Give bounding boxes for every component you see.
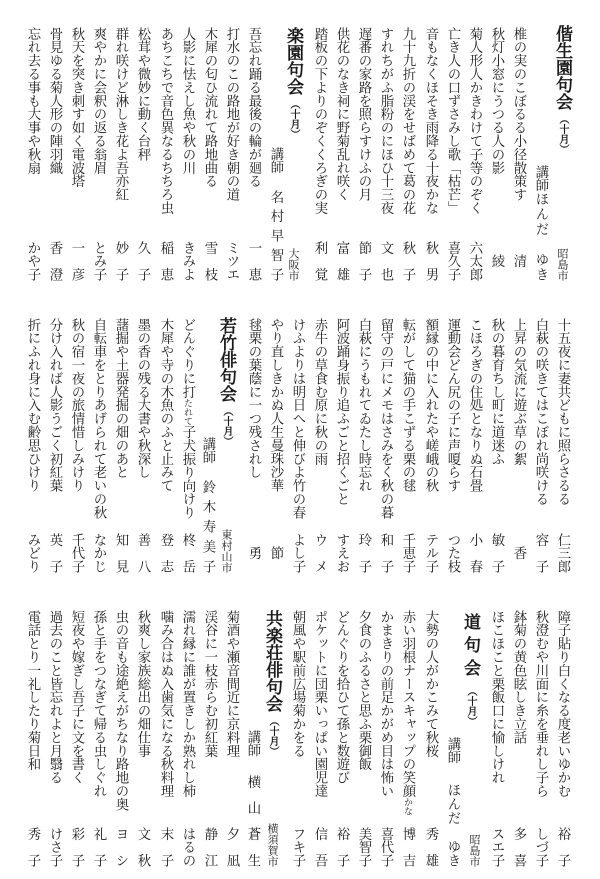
haiku-text: 爽やかに会釈の返る翁眉: [87, 27, 109, 174]
haiku-text: 十五夜に妻共どもに照らさるる: [551, 318, 573, 506]
haiku-column: 大勢の人がかこみて秋桜秀雄: [419, 610, 441, 867]
haiku-author: つた枝: [441, 533, 463, 573]
haiku-column: 夕食のふるさと思ふ栗御飯美智子: [352, 610, 374, 867]
haiku-text: 音もなくほそき雨降る十夜かな: [419, 27, 441, 215]
haiku-author: 登志: [154, 533, 176, 573]
haiku-column: 毬栗の葉蔭に一つ残されし勇: [242, 318, 264, 573]
haiku-author: 仁三郎: [551, 533, 573, 573]
haiku-column: 過去のこと皆忘れよと月翳るけさ子: [43, 610, 65, 867]
haiku-column: 自転車をとりあげられて老いの秋なかじ: [87, 318, 109, 573]
haiku-column: 孫と手をつなぎて帰る虫しぐれ礼子: [87, 610, 109, 867]
haiku-author: なかじ: [87, 533, 109, 573]
haiku-column: 折にふれ身に入む齢思ひけりみどり: [21, 318, 43, 573]
haiku-author: 勇: [242, 533, 264, 573]
haiku-text: 菊人形人かきわけて子等のぞく: [463, 27, 485, 215]
haiku-author: 香: [507, 533, 529, 573]
haiku-page: 偕生園句会（十月） 昭島市 講師 ほんだ ゆき 椎の実のこぼるる小径散策す清 秋…: [0, 0, 600, 879]
haiku-author: 末子: [154, 827, 176, 867]
haiku-column: 音もなくほそき雨降る十夜かな秋男: [419, 27, 441, 281]
haiku-text: 人影に怯えし魚や秋の川: [176, 27, 198, 174]
haiku-column: 赤い羽根ナースキャップの笑顔かな博吉: [396, 610, 418, 867]
haiku-author: 喜久子: [441, 241, 463, 281]
haiku-author: きみよ: [176, 241, 198, 281]
haiku-column: 留守の戸にメモはさみをく秋の暮和子: [374, 318, 396, 573]
haiku-column: 打水のこの路地が好き朝の道ミツエ: [220, 27, 242, 281]
haiku-column: 吾忘れ踊る最後の輪が廻る一恵: [242, 27, 264, 281]
haiku-text: 赤牛の草食む原に秋の雨: [308, 318, 330, 465]
haiku-text: 過去のこと皆忘れよと月翳る: [43, 610, 65, 784]
lecturer-name: 名村早智子: [264, 190, 286, 281]
haiku-text: 遅番の家路を照らすけふの月: [352, 27, 374, 201]
city-label: 東村山市: [215, 529, 237, 573]
lecturer-label: 講師: [441, 737, 463, 764]
haiku-column: 木犀の匂ひ流れて路地曲る雪枝: [198, 27, 220, 281]
haiku-author: よし子: [286, 533, 308, 573]
haiku-author: 柊岳: [176, 533, 198, 573]
haiku-text: 渓谷に一枝赤らむ初紅葉: [198, 610, 220, 757]
haiku-column: 墨の香の残る大書や秋深し善八: [131, 318, 153, 573]
haiku-author: 敏子: [485, 533, 507, 573]
haiku-author: 彩子: [65, 827, 87, 867]
haiku-author: とみ子: [87, 241, 109, 281]
club-name: 楽園句会: [283, 27, 303, 95]
lecturer-label: 講師: [264, 147, 286, 174]
haiku-text: 分け入れば人影うごく初紅葉: [43, 318, 65, 492]
haiku-author: 裕子: [551, 827, 573, 867]
haiku-column: 木犀や寺の木魚のふと止みて登志: [154, 318, 176, 573]
haiku-text: 木犀の匂ひ流れて路地曲る: [198, 27, 220, 188]
haiku-author: 綾: [485, 241, 507, 281]
haiku-text: 短夜や嫁ぎし吾子に文を書く: [65, 610, 87, 784]
lecturer-label: 講師: [241, 730, 263, 757]
haiku-text: 打水のこの路地が好き朝の道: [220, 27, 242, 201]
haiku-text: かまきりの前足かがめ目は怖い: [374, 610, 396, 798]
haiku-text: 忘れ去る事も大事や秋扇: [21, 27, 43, 174]
haiku-column: 濡れ縁に誰が置きしか熟れし柿はるの: [176, 610, 198, 867]
club-header: 偕生園句会（十月） 昭島市: [551, 27, 573, 281]
haiku-author: 稲恵: [154, 241, 176, 281]
haiku-text: 秋の宿一夜の旅情惜しみけり: [65, 318, 87, 492]
haiku-text: どんぐりを拾ひて孫と数遊び: [330, 610, 352, 784]
haiku-author: ウメ: [308, 533, 330, 573]
haiku-column: 白萩にうもれてゐたし時忘れ玲子: [352, 318, 374, 573]
haiku-column: 転がして猫の手こずる栗の毬千恵子: [396, 318, 418, 573]
haiku-author: 礼子: [87, 827, 109, 867]
haiku-text: 秋灯小窓にうつる人の影: [485, 27, 507, 174]
haiku-author: 博吉: [396, 827, 418, 867]
haiku-text: 墨の香の残る大書や秋深し: [131, 318, 153, 479]
haiku-column: こほろぎの住処となりぬ石畳小春: [463, 318, 485, 573]
haiku-column: どんぐりを拾ひて孫と数遊び裕子: [330, 610, 352, 867]
haiku-author: 裕子: [330, 827, 352, 867]
haiku-column: 分け入れば人影うごく初紅葉英子: [43, 318, 65, 573]
haiku-text: 踏板の下よりのぞくくろぎの実: [308, 27, 330, 215]
haiku-author: 千恵子: [396, 533, 418, 573]
haiku-text-main: 赤い羽根ナースキャップの笑顔: [400, 610, 415, 798]
haiku-text: 鉢菊の黄色眩しき立話: [507, 610, 529, 744]
haiku-column: 額縁の中に入れたや嵯峨の秋テル子: [419, 318, 441, 573]
haiku-author: 香澄: [43, 241, 65, 281]
lecturer-name: 鈴木寿美子: [196, 480, 218, 573]
haiku-author: かや子: [21, 241, 43, 281]
city-label: 横須賀市: [261, 823, 283, 867]
haiku-text: すれちがふ脂粉のにほひ十三夜: [374, 27, 396, 215]
haiku-author: 久子: [131, 241, 153, 281]
haiku-text: あちこちで音色異なるちちろ虫: [154, 27, 176, 215]
haiku-column: 秋澄むや川面に糸を垂れし子らしづ子: [529, 610, 551, 867]
haiku-text: 藷掘や土器発掘の畑のあと: [109, 318, 131, 479]
haiku-column: ほこほこと栗飯口に愉しけれスエ子: [485, 610, 507, 867]
haiku-column: 秋灯小窓にうつる人の影綾: [485, 27, 507, 281]
haiku-text: けふよりは明日へと伸びよ竹の春: [286, 318, 308, 519]
club-title: 偕生園句会（十月）: [551, 25, 573, 154]
haiku-author: 知見: [109, 533, 131, 573]
haiku-author: 玲子: [352, 533, 374, 573]
haiku-column: 人影に怯えし魚や秋の川きみよ: [176, 27, 198, 281]
haiku-text: 亡き人の口ずさみし歌「枯芒」: [441, 27, 463, 215]
haiku-text: 秋天を突き刺す如く電波塔: [65, 27, 87, 188]
haiku-author: テル子: [419, 533, 441, 573]
club-name: 共楽荘俳句会: [262, 610, 282, 712]
haiku-column: 菊酒や瀬音間近に京料理夕凪: [220, 610, 242, 867]
haiku-author: 一彦: [65, 241, 87, 281]
haiku-author: 一恵: [242, 241, 264, 281]
haiku-text: 秋の暮育ちし町に道迷ふ: [485, 318, 507, 465]
haiku-author: 千代子: [65, 533, 87, 573]
haiku-text: 供花のなき祠に野菊乱れ咲く: [330, 27, 352, 201]
haiku-text: 折にふれ身に入む齢思ひけり: [21, 318, 43, 492]
haiku-author: 小春: [463, 533, 485, 573]
haiku-column: 菊人形人かきわけて子等のぞく六太郎: [463, 27, 485, 281]
haiku-column: 上昇の気流に遊ぶ草の絮香: [507, 318, 529, 573]
lecturer-name: ほんだ ゆき: [529, 192, 551, 281]
haiku-column: 噛み合はぬ入歯気になる秋料理末子: [154, 610, 176, 867]
haiku-column: 朝風や駅前広場菊かをるフキ子: [286, 610, 308, 867]
haiku-text: 運動会どん尻の子に声嗄らす: [441, 318, 463, 492]
haiku-text: 噛み合はぬ入歯気になる秋料理: [154, 610, 176, 798]
haiku-author: 美智子: [352, 827, 374, 867]
haiku-text: 夕食のふるさと思ふ栗御飯: [352, 610, 374, 771]
haiku-text-small: たれて: [182, 398, 192, 425]
lecturer-label: 講師: [529, 165, 551, 192]
lecturer-line: 講師 ほんだ ゆき: [529, 27, 551, 281]
haiku-column: 椎の実のこぼるる小径散策す清: [507, 27, 529, 281]
haiku-column: 渓谷に一枝赤らむ初紅葉静江: [198, 610, 220, 867]
haiku-text: 白萩の咲きてはこぼれ尚咲ける: [529, 318, 551, 506]
haiku-text: 椎の実のこぼるる小径散策す: [507, 27, 529, 201]
haiku-column: 障子貼り白くなる度老いゆかむ裕子: [551, 610, 573, 867]
lecturer-line: 講師 鈴木寿美子: [196, 318, 218, 573]
haiku-text: 濡れ縁に誰が置きしか熟れし柿: [176, 610, 198, 798]
haiku-author: 雪枝: [198, 241, 220, 281]
haiku-text-main: どんぐりに打: [180, 318, 195, 398]
haiku-author: 秋子: [396, 241, 418, 281]
haiku-author: 和子: [374, 533, 396, 573]
haiku-author: 多喜: [507, 827, 529, 867]
haiku-text: 転がして猫の手こずる栗の毬: [396, 318, 418, 492]
club-month: （十月）: [221, 406, 232, 446]
lecturer-line: 講師 横山蒼生: [241, 610, 263, 867]
haiku-author: 秋男: [419, 241, 441, 281]
haiku-column: 踏板の下よりのぞくくろぎの実利覚: [308, 27, 330, 281]
haiku-author: 容子: [529, 533, 551, 573]
haiku-column: 松茸や微妙に動く台秤久子: [131, 27, 153, 281]
haiku-column: 運動会どん尻の子に声嗄らすつた枝: [441, 318, 463, 573]
haiku-text: やり直しきかぬ人生曼珠沙華: [264, 318, 286, 492]
haiku-text-rest: 子犬振り向けり: [180, 425, 195, 519]
haiku-text: ほこほこと栗飯口に愉しけれ: [485, 610, 507, 784]
haiku-text: ポケットに団栗いっぱい園児達: [308, 610, 330, 798]
club-name: 偕生園句会: [552, 25, 572, 110]
lecturer-name: 横山蒼生: [241, 775, 263, 867]
haiku-author: 夕凪: [220, 827, 242, 867]
haiku-column: 九十九折の渓をせばめて葛の花秋子: [396, 27, 418, 281]
city-label: 昭島市: [463, 834, 485, 867]
club-month: （十月）: [465, 686, 476, 726]
haiku-text: 菊酒や瀬音間近に京料理: [220, 610, 242, 757]
haiku-author: 節: [264, 533, 286, 573]
haiku-author: ヨシ: [109, 827, 131, 867]
club-month: （十月）: [267, 716, 278, 756]
haiku-author: みどり: [21, 533, 43, 573]
lecturer-name: ほんだ ゆき: [441, 783, 463, 867]
haiku-text: 自転車をとりあげられて老いの秋: [87, 318, 109, 519]
haiku-text: 群れ咲けど淋しき花よ吾亦紅: [109, 27, 131, 201]
haiku-text: 木犀や寺の木魚のふと止みて: [154, 318, 176, 492]
haiku-author: 善八: [131, 533, 153, 573]
haiku-column: かまきりの前足かがめ目は怖い喜代子: [374, 610, 396, 867]
haiku-text: 吾忘れ踊る最後の輪が廻る: [242, 27, 264, 188]
haiku-column: 爽やかに会釈の返る翁眉とみ子: [87, 27, 109, 281]
haiku-text: 虫の音も途絶えがちなり路地の奥: [109, 610, 131, 811]
haiku-author: 信吾: [308, 827, 330, 867]
haiku-text: 赤い羽根ナースキャップの笑顔かな: [396, 610, 418, 816]
haiku-text: 留守の戸にメモはさみをく秋の暮: [374, 318, 396, 519]
haiku-author: ミツエ: [220, 241, 242, 281]
haiku-text-small: かな: [402, 798, 412, 816]
club-header: 若竹俳句会（十月） 東村山市: [215, 318, 237, 573]
club-title: 若竹俳句会（十月）: [215, 317, 237, 446]
lecturer-line: 講師 名村早智子: [264, 27, 286, 281]
haiku-text: 障子貼り白くなる度老いゆかむ: [551, 610, 573, 798]
haiku-column: 短夜や嫁ぎし吾子に文を書く彩子: [65, 610, 87, 867]
haiku-author: 清: [507, 241, 529, 281]
haiku-author: 秀子: [21, 827, 43, 867]
club-month: （十月）: [557, 114, 568, 154]
haiku-text: 上昇の気流に遊ぶ草の絮: [507, 318, 529, 465]
haiku-column: 鉢菊の黄色眩しき立話多喜: [507, 610, 529, 867]
haiku-author: 喜代子: [374, 827, 396, 867]
haiku-column: すれちがふ脂粉のにほひ十三夜文也: [374, 27, 396, 281]
club-month: （十月）: [288, 99, 299, 139]
haiku-column: 十五夜に妻共どもに照らさるる仁三郎: [551, 318, 573, 573]
haiku-author: けさ子: [43, 827, 65, 867]
haiku-column: 忘れ去る事も大事や秋扇かや子: [21, 27, 43, 281]
haiku-text: 額縁の中に入れたや嵯峨の秋: [419, 318, 441, 492]
haiku-text: 秋爽し家族総出の畑仕事: [131, 610, 153, 757]
lecturer-label: 講師: [196, 437, 218, 464]
haiku-author: 文秋: [131, 827, 153, 867]
haiku-column: 秋爽し家族総出の畑仕事文秋: [131, 610, 153, 867]
haiku-text: 秋澄むや川面に糸を垂れし子ら: [529, 610, 551, 798]
haiku-text: 大勢の人がかこみて秋桜: [419, 610, 441, 757]
haiku-author: すえお: [330, 533, 352, 573]
haiku-column: ポケットに団栗いっぱい園児達信吾: [308, 610, 330, 867]
haiku-column: どんぐりに打たれて子犬振り向けり柊岳: [176, 318, 198, 573]
haiku-text: どんぐりに打たれて子犬振り向けり: [176, 318, 198, 519]
haiku-text: 孫と手をつなぎて帰る虫しぐれ: [87, 610, 109, 798]
haiku-text: 阿波踊身振り追ふごと招くごと: [330, 318, 352, 506]
haiku-column: 白萩の咲きてはこぼれ尚咲ける容子: [529, 318, 551, 573]
haiku-column: 秋の宿一夜の旅情惜しみけり千代子: [65, 318, 87, 573]
haiku-author: 英子: [43, 533, 65, 573]
haiku-author: 静江: [198, 827, 220, 867]
haiku-column: 群れ咲けど淋しき花よ吾亦紅妙子: [109, 27, 131, 281]
haiku-text: 朝風や駅前広場菊かをる: [286, 610, 308, 757]
haiku-column: 骨見ゆる菊人形の陣羽織香澄: [43, 27, 65, 281]
haiku-column: けふよりは明日へと伸びよ竹の春よし子: [286, 318, 308, 573]
haiku-column: 遅番の家路を照らすけふの月節子: [352, 27, 374, 281]
haiku-column: 供花のなき祠に野菊乱れ咲く富雄: [330, 27, 352, 281]
haiku-author: フキ子: [286, 827, 308, 867]
club-title: 共楽荘俳句会（十月）: [261, 610, 283, 756]
haiku-column: 電話とり一礼したり菊日和秀子: [21, 610, 43, 867]
haiku-text: 骨見ゆる菊人形の陣羽織: [43, 27, 65, 174]
haiku-column: やり直しきかぬ人生曼珠沙華節: [264, 318, 286, 573]
haiku-text: こほろぎの住処となりぬ石畳: [463, 318, 485, 492]
haiku-author: 利覚: [308, 241, 330, 281]
haiku-author: スエ子: [485, 827, 507, 867]
club-header: 共楽荘俳句会（十月） 横須賀市: [261, 610, 283, 867]
haiku-author: 六太郎: [463, 241, 485, 281]
haiku-text: 電話とり一礼したり菊日和: [21, 610, 43, 771]
haiku-author: 秀雄: [419, 827, 441, 867]
haiku-column: 赤牛の草食む原に秋の雨ウメ: [308, 318, 330, 573]
haiku-column: 秋の暮育ちし町に道迷ふ敏子: [485, 318, 507, 573]
haiku-author: 文也: [374, 241, 396, 281]
club-name: 若竹俳句会: [216, 317, 236, 402]
haiku-author: はるの: [176, 827, 198, 867]
city-label: 昭島市: [551, 248, 573, 281]
haiku-author: 節子: [352, 241, 374, 281]
haiku-author: 富雄: [330, 241, 352, 281]
haiku-column: あちこちで音色異なるちちろ虫稲恵: [154, 27, 176, 281]
club-name: 道句会: [460, 613, 480, 682]
haiku-text: 九十九折の渓をせばめて葛の花: [396, 27, 418, 215]
haiku-text: 松茸や微妙に動く台秤: [131, 27, 153, 161]
haiku-author: 妙子: [109, 241, 131, 281]
haiku-text: 白萩にうもれてゐたし時忘れ: [352, 318, 374, 492]
haiku-column: 亡き人の口ずさみし歌「枯芒」喜久子: [441, 27, 463, 281]
haiku-column: 虫の音も途絶えがちなり路地の奥ヨシ: [109, 610, 131, 867]
haiku-column: 阿波踊身振り追ふごと招くごとすえお: [330, 318, 352, 573]
haiku-text: 毬栗の葉蔭に一つ残されし: [242, 318, 264, 479]
lecturer-line: 講師 ほんだ ゆき: [441, 610, 463, 867]
haiku-column: 藷掘や土器発掘の畑のあと知見: [109, 318, 131, 573]
haiku-column: 秋天を突き刺す如く電波塔一彦: [65, 27, 87, 281]
haiku-author: しづ子: [529, 827, 551, 867]
